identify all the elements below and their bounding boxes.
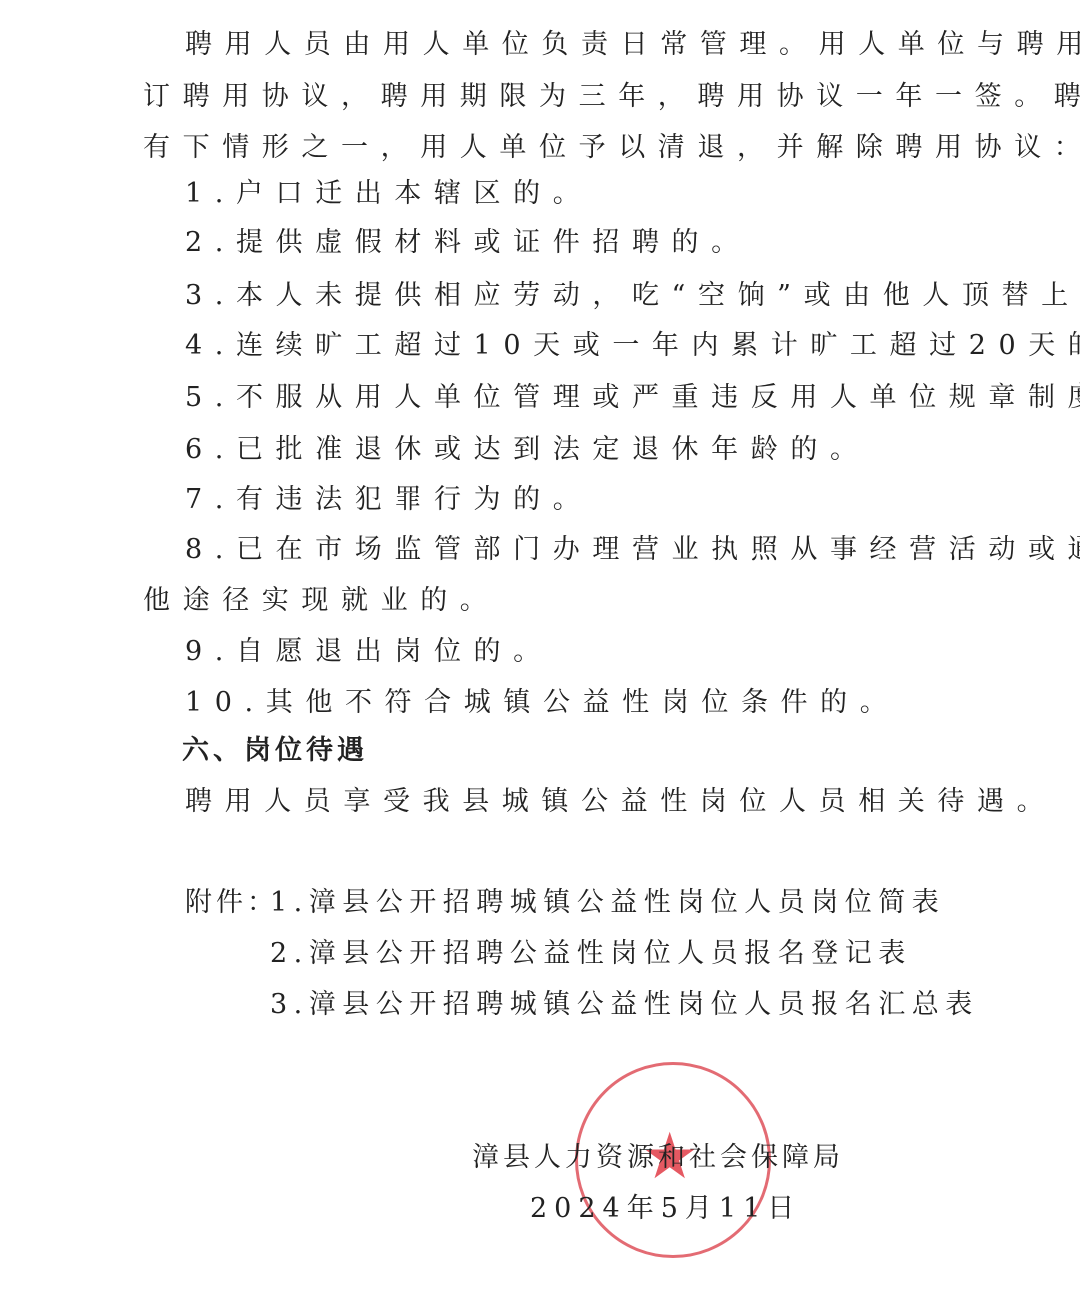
condition-8-cont: 他途径实现就业的。 bbox=[143, 584, 499, 618]
intro-line-3: 有下情形之一，用人单位予以清退，并解除聘用协议： bbox=[143, 131, 1080, 165]
issue-date: 2024年5月11日 bbox=[530, 1192, 801, 1226]
condition-7: 7.有违法犯罪行为的。 bbox=[185, 483, 592, 517]
section-heading: 六、岗位待遇 bbox=[182, 734, 368, 768]
intro-line-1: 聘用人员由用人单位负责日常管理。用人单位与聘用人员签 bbox=[185, 28, 1080, 62]
attachments-label: 附件： bbox=[185, 886, 278, 920]
issuer-name: 漳县人力资源和社会保障局 bbox=[472, 1141, 844, 1175]
section-body: 聘用人员享受我县城镇公益性岗位人员相关待遇。 bbox=[185, 785, 1056, 819]
condition-3: 3.本人未提供相应劳动，吃“空饷”或由他人顶替上岗的。 bbox=[185, 279, 1080, 313]
condition-5: 5.不服从用人单位管理或严重违反用人单位规章制度的。 bbox=[185, 381, 1080, 415]
intro-line-2: 订聘用协议，聘用期限为三年，聘用协议一年一签。聘用期内如 bbox=[143, 80, 1080, 114]
condition-9: 9.自愿退出岗位的。 bbox=[185, 635, 553, 669]
attachment-3[interactable]: 3.漳县公开招聘城镇公益性岗位人员报名汇总表 bbox=[270, 988, 979, 1022]
condition-2: 2.提供虚假材料或证件招聘的。 bbox=[185, 226, 751, 260]
condition-8: 8.已在市场监管部门办理营业执照从事经营活动或通过其 bbox=[185, 533, 1080, 567]
condition-6: 6.已批准退休或达到法定退休年龄的。 bbox=[185, 433, 870, 467]
condition-10: 10.其他不符合城镇公益性岗位条件的。 bbox=[185, 686, 899, 720]
condition-4: 4.连续旷工超过10天或一年内累计旷工超过20天的。 bbox=[185, 329, 1080, 363]
attachment-1[interactable]: 1.漳县公开招聘城镇公益性岗位人员岗位简表 bbox=[270, 886, 945, 920]
condition-1: 1.户口迁出本辖区的。 bbox=[185, 177, 592, 211]
attachment-2[interactable]: 2.漳县公开招聘公益性岗位人员报名登记表 bbox=[270, 937, 912, 971]
